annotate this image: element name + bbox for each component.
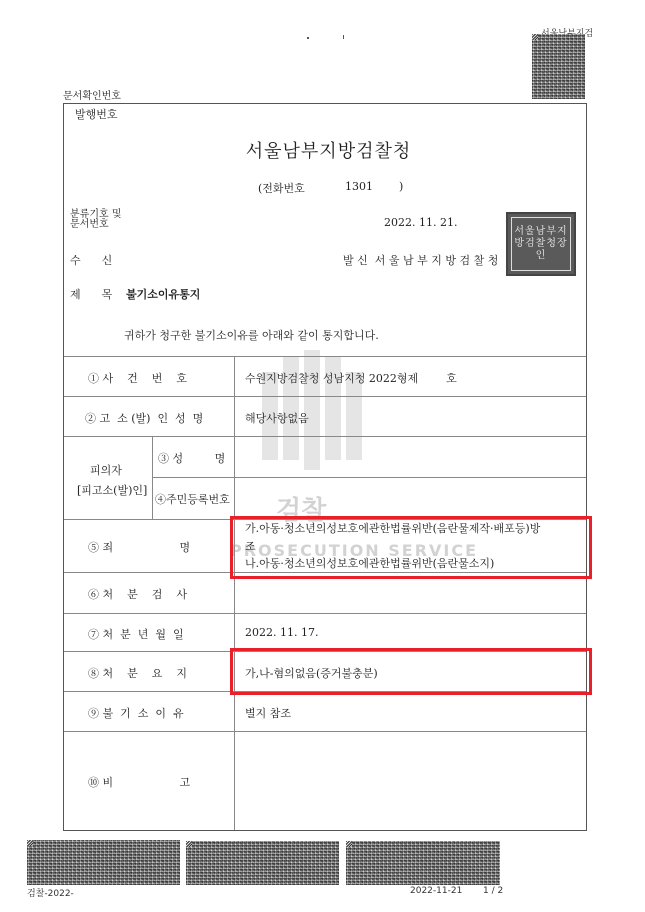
- scan-mark: [343, 35, 344, 39]
- phone-prefix: (전화번호: [258, 180, 305, 196]
- row-label-case-number: ① 사 건 번 호: [88, 370, 187, 386]
- row-label-disposition-date: ⑦ 처 분 년 월 일: [88, 626, 184, 642]
- column-divider: [152, 436, 153, 519]
- notice-text: 귀하가 청구한 불기소이유를 아래와 같이 통지합니다.: [124, 327, 379, 343]
- phone-suffix: ): [399, 180, 403, 193]
- classification-label: 분류기호 및 문서번호: [70, 210, 121, 230]
- row-label-non-prosecution-reason: ⑨ 불 기 소 이 유: [88, 705, 184, 721]
- classification-label-line2: 문서번호: [70, 220, 121, 230]
- official-seal: 서울남부지방검찰청장인: [506, 212, 576, 276]
- qr-code: [532, 34, 585, 99]
- highlight-box-disposition: [230, 648, 592, 695]
- subject-label: 제 목: [70, 286, 112, 302]
- footer-print-date: 2022-11-21: [410, 886, 462, 896]
- highlight-box-charge: [230, 516, 592, 579]
- document-date: 2022. 11. 21.: [384, 216, 457, 229]
- row-label-charge: ⑤ 죄 명: [88, 539, 190, 555]
- doc-verify-label: 문서확인번호: [63, 87, 121, 102]
- footer-barcode-2: [186, 841, 339, 885]
- row-label-name: ③ 성 명: [158, 450, 225, 466]
- row-label-remarks: ⑩ 비 고: [88, 774, 190, 790]
- subject-value: 불기소이유통지: [126, 286, 200, 302]
- table-top-line: [64, 356, 586, 357]
- footer-page-number: 1 / 2: [483, 886, 503, 896]
- row-label-disposition-summary: ⑧ 처 분 요 지: [88, 665, 187, 681]
- row-divider: [64, 436, 586, 437]
- phone-number: 1301: [345, 180, 373, 193]
- suspect-group-label-2: [피고소(발)인]: [77, 482, 147, 498]
- sender-line: 발 신 서 울 남 부 지 방 검 찰 청: [343, 252, 498, 268]
- footer-doc-code: 검찰-2022-: [27, 886, 74, 899]
- seal-text: 서울남부지방검찰청장인: [511, 217, 571, 271]
- row-divider: [64, 731, 586, 732]
- footer-barcode-3: [346, 841, 500, 885]
- row-divider: [152, 477, 586, 478]
- complainant-value: 해당사항없음: [245, 410, 309, 426]
- row-divider: [64, 613, 586, 614]
- footer-barcode-1: [27, 840, 180, 885]
- scan-mark: [307, 37, 309, 39]
- suspect-group-label-1: 피의자: [90, 462, 122, 478]
- agency-title: 서울남부지방검찰청: [0, 137, 645, 163]
- disposition-date-value: 2022. 11. 17.: [245, 626, 318, 639]
- row-label-resident-number: ④주민등록번호: [155, 491, 230, 507]
- issue-no-label: 발행번호: [75, 106, 118, 122]
- row-label-prosecutor: ⑥ 처 분 검 사: [88, 586, 187, 602]
- row-label-complainant: ② 고 소 (발) 인 성 명: [85, 410, 203, 426]
- column-divider: [234, 356, 235, 830]
- recipient-label: 수 신: [70, 252, 112, 268]
- non-prosecution-reason-value: 별지 참조: [245, 705, 291, 721]
- case-number-value: 수원지방검찰청 성남지청 2022형제 호: [245, 370, 457, 386]
- row-divider: [64, 396, 586, 397]
